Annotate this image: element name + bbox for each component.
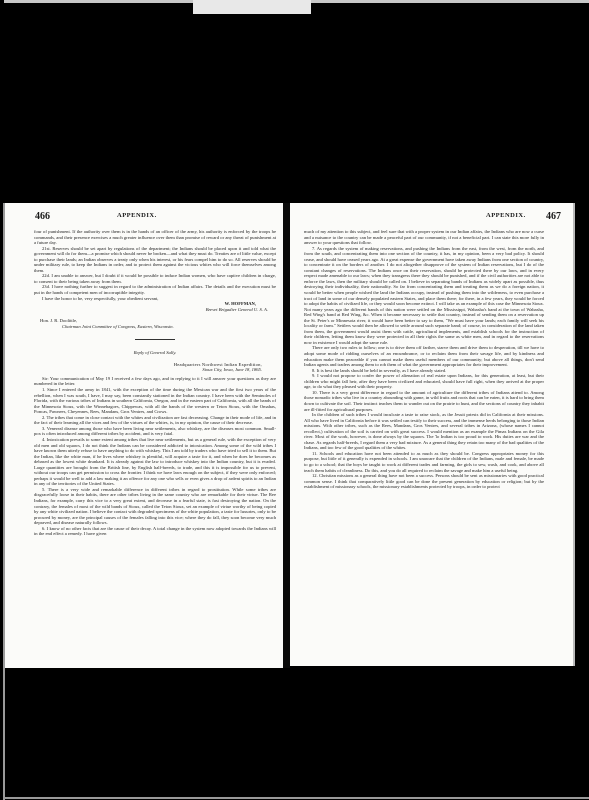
paragraph: 5. There is a very wide and remarkable d…	[34, 487, 276, 526]
section-divider	[135, 339, 175, 340]
paragraph: 23d. I have nothing further to suggest i…	[34, 284, 276, 295]
paragraph: 22d. I am unable to answer, but I doubt …	[34, 273, 276, 284]
scan-bottom-edge	[3, 797, 589, 799]
running-head: APPENDIX.	[117, 212, 157, 219]
paragraph: 11. Schools and education have not been …	[304, 451, 544, 473]
paragraph: 3. Venereal disease among those who have…	[34, 426, 276, 437]
page-header: 466 APPENDIX.	[5, 203, 284, 225]
addressee-detail: Chairman Joint Committee of Congress, Ea…	[34, 324, 276, 330]
section-title: Reply of General Sully.	[34, 350, 276, 356]
letter-date: Sioux City, Iowa, June 18, 1865.	[34, 367, 262, 373]
signature-title: Brevet Brigadier General U. S. A.	[34, 307, 268, 313]
paragraph: much of my attention to this subject, an…	[304, 229, 544, 246]
paragraph: 7. As regards the system of making reser…	[304, 246, 544, 346]
page-body: four of punishment. If the authority ove…	[34, 229, 276, 537]
page-number: 466	[35, 211, 50, 222]
paragraph: 2. The tribes that come in close contact…	[34, 415, 276, 426]
paragraph: 21st. Reserves should be set apart by re…	[34, 246, 276, 274]
running-head: APPENDIX.	[486, 212, 526, 219]
page-header: APPENDIX. 467	[290, 203, 573, 225]
paragraph: 6. I know of no other facts that are the…	[34, 526, 276, 537]
paragraph: 4. Intoxication prevails to some extent …	[34, 437, 276, 487]
paragraph: 9. I would not propose to confer the pow…	[304, 373, 544, 390]
paragraph: four of punishment. If the authority ove…	[34, 229, 276, 246]
page-number: 467	[546, 211, 561, 222]
scan-artifact	[193, 0, 311, 14]
paragraph: 12. Christian missions as a general thin…	[304, 473, 544, 490]
book-gutter	[283, 203, 290, 668]
page-body: much of my attention to this subject, an…	[304, 229, 544, 490]
left-page: 466 APPENDIX. four of punishment. If the…	[5, 203, 284, 668]
paragraph: In the children of such tribes I would i…	[304, 412, 544, 451]
paragraph: Sir: Your communication of May 19 I rece…	[34, 376, 276, 387]
right-page: APPENDIX. 467 much of my attention to th…	[290, 203, 575, 666]
paragraph: There are only two rules to follow; one …	[304, 345, 544, 367]
paragraph: 10. There is a very great difference in …	[304, 390, 544, 412]
paragraph: 1. Since I entered the army in 1841, wit…	[34, 387, 276, 415]
